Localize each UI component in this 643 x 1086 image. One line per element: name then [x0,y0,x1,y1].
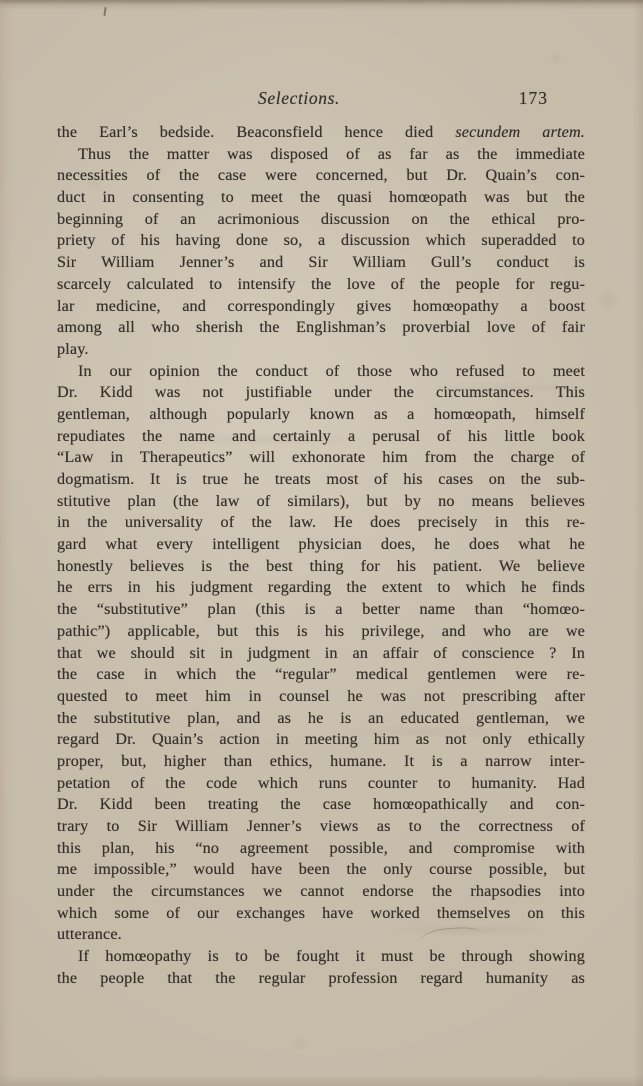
text-segment: “Law in Therapeutics” will exhonorate hi… [57,448,585,466]
text-line: trary to Sir William Jenner’s views as t… [57,816,585,838]
text-segment: stitutive plan (the law of similars), bu… [57,492,585,510]
text-line: honestly believes is the best thing for … [57,556,585,578]
text-segment: play. [57,340,89,358]
text-segment: necessities of the case were concerned, … [57,166,585,184]
text-line: If homœopathy is to be fought it must be… [57,946,585,968]
text-segment: In our opinion the conduct of those who … [78,362,585,380]
text-line: lar medicine, and correspondingly gives … [57,296,585,318]
text-line: dogmatism. It is true he treats most of … [57,469,585,491]
text-line: this plan, his “no agreement possible, a… [57,838,585,860]
text-segment: in the universality of the law. He does … [57,513,585,531]
text-line: gard what every intelligent physician do… [57,534,585,556]
text-line: gentleman, although popularly known as a… [57,404,585,426]
text-segment: trary to Sir William Jenner’s views as t… [57,817,585,835]
text-segment: the “substitutive” plan (this is a bette… [57,600,585,618]
text-segment: this plan, his “no agreement possible, a… [57,839,585,857]
text-segment: me impossible,” would have been the only… [57,860,585,878]
text-line: he errs in his judgment regarding the ex… [57,577,585,599]
text-segment: beginning of an acrimonious discussion o… [57,210,585,228]
text-line: play. [57,339,585,361]
text-line: me impossible,” would have been the only… [57,859,585,881]
text-line: utterance. [57,924,585,946]
text-segment: gentleman, although popularly known as a… [57,405,585,423]
ink-speck [103,7,106,16]
text-segment: the Earl’s bedside. Beaconsfield hence d… [57,123,455,141]
text-line: quested to meet him in counsel he was no… [57,686,585,708]
text-segment: quested to meet him in counsel he was no… [57,687,585,705]
text-segment: dogmatism. It is true he treats most of … [57,470,585,488]
text-line: the case in which the “regular” medical … [57,664,585,686]
text-line: repudiates the name and certainly a peru… [57,426,585,448]
text-line: petation of the code which runs counter … [57,773,585,795]
text-line: scarcely calculated to intensify the lov… [57,274,585,296]
text-line: necessities of the case were concerned, … [57,165,585,187]
text-segment: the substitutive plan, and as he is an e… [57,709,585,727]
text-segment: pathic”) applicable, but this is his pri… [57,622,585,640]
text-line: pathic”) applicable, but this is his pri… [57,621,585,643]
text-line: the “substitutive” plan (this is a bette… [57,599,585,621]
text-segment: lar medicine, and correspondingly gives … [57,297,585,315]
text-line: in the universality of the law. He does … [57,512,585,534]
text-segment: Dr. Kidd been treating the case homœopat… [57,795,585,813]
scanned-book-page: Selections. 173 the Earl’s bedside. Beac… [0,0,643,1086]
text-segment: honestly believes is the best thing for … [57,557,585,575]
text-line: duct in consenting to meet the quasi hom… [57,187,585,209]
text-line: stitutive plan (the law of similars), bu… [57,491,585,513]
text-segment: he errs in his judgment regarding the ex… [57,578,585,596]
text-line: among all who sherish the Englishman’s p… [57,317,585,339]
text-segment: If homœopathy is to be fought it must be… [78,947,585,965]
text-line: which some of our exchanges have worked … [57,903,585,925]
text-segment: regard Dr. Quain’s action in meeting him… [57,730,585,748]
text-segment: which some of our exchanges have worked … [57,904,585,922]
text-line: Thus the matter was disposed of as far a… [57,144,585,166]
text-line: Sir William Jenner’s and Sir William Gul… [57,252,585,274]
text-segment: gard what every intelligent physician do… [57,535,585,553]
text-line: regard Dr. Quain’s action in meeting him… [57,729,585,751]
text-segment: the people that the regular profession r… [57,969,585,987]
text-segment: that we should sit in judgment in an aff… [57,644,585,662]
text-line: the people that the regular profession r… [57,968,585,990]
text-line: beginning of an acrimonious discussion o… [57,209,585,231]
text-line: that we should sit in judgment in an aff… [57,643,585,665]
page-header: Selections. 173 [57,88,585,110]
text-line: under the circumstances we cannot endors… [57,881,585,903]
text-segment: under the circumstances we cannot endors… [57,882,585,900]
text-line: the Earl’s bedside. Beaconsfield hence d… [57,122,585,144]
text-line: priety of his having done so, a discussi… [57,230,585,252]
text-line: Dr. Kidd was not justifiable under the c… [57,382,585,404]
text-segment: proper, but, higher than ethics, humane.… [57,752,585,770]
text-segment: Thus the matter was disposed of as far a… [78,145,585,163]
text-segment: utterance. [57,925,122,943]
text-segment: priety of his having done so, a discussi… [57,231,585,249]
running-title: Selections. [258,88,340,109]
text-segment: Dr. Kidd was not justifiable under the c… [57,383,585,401]
text-segment: duct in consenting to meet the quasi hom… [57,188,585,206]
text-line: In our opinion the conduct of those who … [57,361,585,383]
text-segment: repudiates the name and certainly a peru… [57,427,585,445]
text-line: Dr. Kidd been treating the case homœopat… [57,794,585,816]
page-number: 173 [519,88,548,109]
text-block: the Earl’s bedside. Beaconsfield hence d… [57,122,585,990]
text-line: “Law in Therapeutics” will exhonorate hi… [57,447,585,469]
text-line: proper, but, higher than ethics, humane.… [57,751,585,773]
text-segment: among all who sherish the Englishman’s p… [57,318,585,336]
text-segment: the case in which the “regular” medical … [57,665,585,683]
text-segment: petation of the code which runs counter … [57,774,585,792]
text-segment: scarcely calculated to intensify the lov… [57,275,585,293]
text-line: the substitutive plan, and as he is an e… [57,708,585,730]
italic-text-segment: secundem artem. [455,123,585,141]
text-segment: Sir William Jenner’s and Sir William Gul… [57,253,585,271]
